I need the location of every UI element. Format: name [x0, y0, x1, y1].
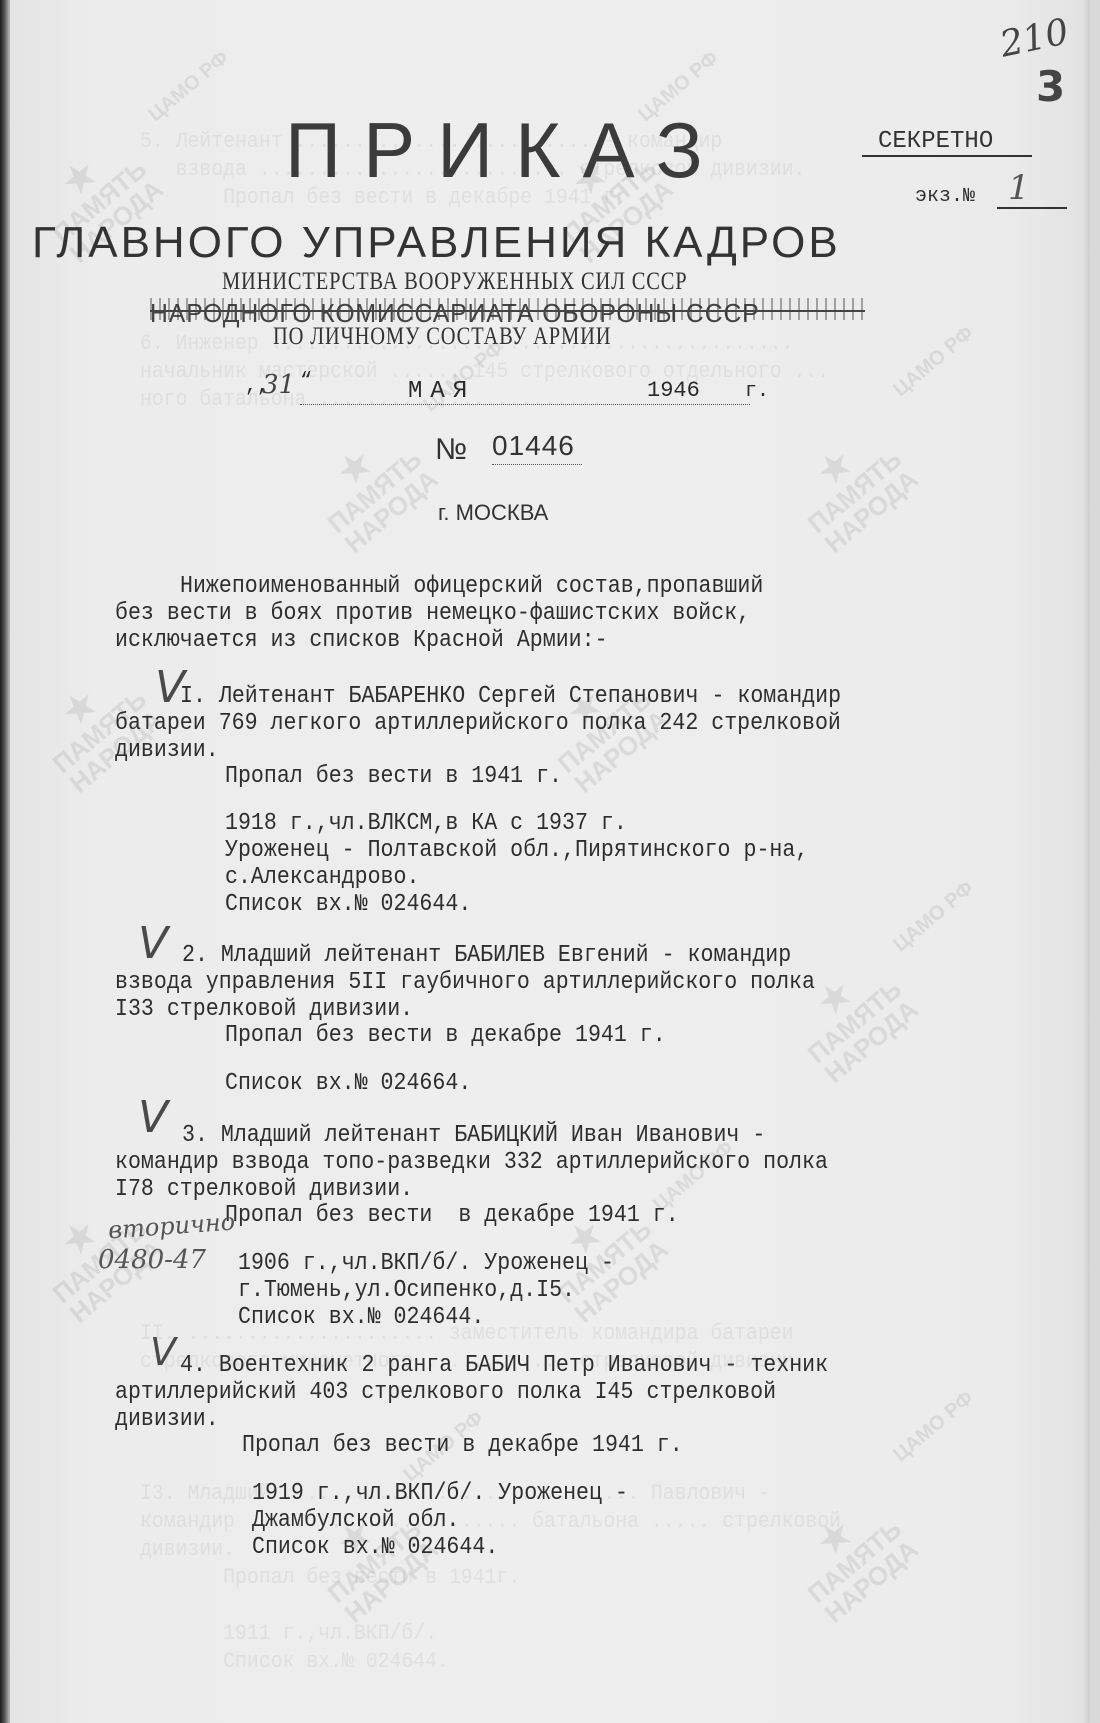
entry-detail: Список вх.№ 024644. [225, 891, 471, 918]
watermark-text: НАРОДА [569, 1234, 674, 1329]
entry-detail: Список вх.№ 024664. [225, 1070, 471, 1097]
strikethrough-line [150, 310, 865, 312]
entry-missing: Пропал без вести в декабре 1941 г. [225, 1022, 666, 1049]
entry-line: 2. Младший лейтенант БАБИЛЕВ Евгений - к… [182, 942, 791, 969]
issuer-scope: ПО ЛИЧНОМУ СОСТАВУ АРМИИ [273, 323, 611, 351]
page-left-edge-shadow [0, 0, 10, 1723]
intro-line: без вести в боях против немецко-фашистск… [115, 600, 750, 627]
document-title: ПРИКАЗ [285, 105, 725, 196]
copy-label: экз.№ [915, 185, 975, 208]
entry-detail: г.Тюмень,ул.Осипенко,д.I5. [238, 1277, 575, 1304]
intro-line: Нижепоименованный офицерский состав,проп… [180, 573, 763, 600]
margin-note-handwritten: 0480-47 [98, 1245, 206, 1275]
entry-detail: с.Александрово. [225, 864, 419, 891]
checkmark-icon: V [138, 918, 168, 969]
entry-line: батареи 769 легкого артиллерийского полк… [115, 710, 841, 737]
entry-line: I78 стрелковой дивизии. [115, 1176, 413, 1203]
sheet-number: 3 [1036, 62, 1065, 111]
watermark-archive: ЦАМО РФ [890, 323, 977, 401]
order-number-dotted-line [492, 464, 582, 465]
watermark-text: ПАМЯТЬ [322, 444, 427, 539]
watermark-project: ★ ПАМЯТЬ НАРОДА [300, 418, 443, 558]
classification-underline [862, 155, 1032, 157]
watermark-archive: ЦАМО РФ [890, 1388, 977, 1466]
issuer-ministry: МИНИСТЕРСТВА ВООРУЖЕННЫХ СИЛ СССР [222, 268, 688, 296]
archive-sheet-number-handwritten: 210 [996, 11, 1072, 65]
date-day: 31 [262, 370, 295, 400]
document-page: ЦАМО РФ ЦАМО РФ ЦАМО РФ ЦАМО РФ ЦАМО РФ … [10, 0, 1090, 1723]
margin-note-handwritten: вторично [107, 1208, 236, 1245]
watermark-text: ПАМЯТЬ [802, 444, 907, 539]
date-quote-close: “ [300, 370, 312, 393]
star-icon: ★ [780, 418, 889, 518]
classification-stamp: СЕКРЕТНО [878, 128, 993, 155]
order-number-label: № [435, 433, 467, 467]
bleed-through-text: I3. Младший ............................… [140, 1480, 841, 1676]
date-month: МАЯ [408, 378, 475, 405]
star-icon: ★ [300, 418, 409, 518]
date-year: 1946 [647, 378, 700, 403]
entry-line: взвода управления 5II гаубичного артилле… [115, 969, 815, 996]
city: г. МОСКВА [438, 500, 548, 526]
entry-line: дивизии. [115, 737, 219, 764]
entry-detail: 1919 г.,чл.ВКП/б/. Уроженец - [252, 1480, 628, 1507]
star-icon: ★ [780, 948, 889, 1048]
date-year-suffix: г. [745, 380, 769, 403]
entry-detail: Уроженец - Полтавской обл.,Пирятинского … [225, 837, 808, 864]
watermark-archive: ЦАМО РФ [145, 48, 232, 126]
entry-line: I33 стрелковой дивизии. [115, 996, 413, 1023]
entry-detail: 1918 г.,чл.ВЛКСМ,в КА с 1937 г. [225, 810, 627, 837]
page-right-edge [1082, 0, 1090, 1723]
strikethrough-overtype [150, 298, 865, 320]
entry-line: 3. Младший лейтенант БАБИЦКИЙ Иван Ивано… [182, 1122, 765, 1149]
entry-detail: Список вх.№ 024644. [252, 1534, 498, 1561]
watermark-text: НАРОДА [339, 464, 444, 559]
entry-missing: Пропал без вести в 1941 г. [225, 763, 562, 790]
watermark-project: ★ ПАМЯТЬ НАРОДА [780, 418, 923, 558]
checkmark-icon: V [150, 1330, 176, 1374]
entry-detail: Список вх.№ 024644. [238, 1304, 484, 1331]
entry-missing: Пропал без вести в декабре 1941 г. [242, 1432, 683, 1459]
intro-line: исключается из списков Красной Армии:- [115, 627, 608, 654]
star-icon: ★ [25, 128, 134, 228]
copy-number-underline [997, 207, 1067, 209]
watermark-text: НАРОДА [819, 464, 924, 559]
watermark-archive: ЦАМО РФ [890, 878, 977, 956]
entry-missing: Пропал без вести в декабре 1941 г. [225, 1202, 679, 1229]
checkmark-icon: V [138, 1092, 168, 1143]
entry-line: I. Лейтенант БАБАРЕНКО Сергей Степанович… [180, 683, 841, 710]
entry-line: 4. Воентехник 2 ранга БАБИЧ Петр Иванови… [180, 1352, 828, 1379]
entry-line: артиллерийский 403 стрелкового полка I45… [115, 1379, 776, 1406]
watermark-text: ПАМЯТЬ [802, 974, 907, 1069]
entry-line: командир взвода топо-разведки 332 артилл… [115, 1149, 828, 1176]
entry-line: дивизии. [115, 1406, 219, 1433]
date-dotted-line [300, 404, 750, 405]
issuer-main: ГЛАВНОГО УПРАВЛЕНИЯ КАДРОВ [32, 218, 841, 268]
order-number: 01446 [492, 430, 575, 462]
copy-number: 1 [1008, 168, 1030, 208]
entry-detail: 1906 г.,чл.ВКП/б/. Уроженец - [238, 1250, 614, 1277]
watermark-text: НАРОДА [819, 994, 924, 1089]
entry-detail: Джамбулской обл. [252, 1507, 459, 1534]
